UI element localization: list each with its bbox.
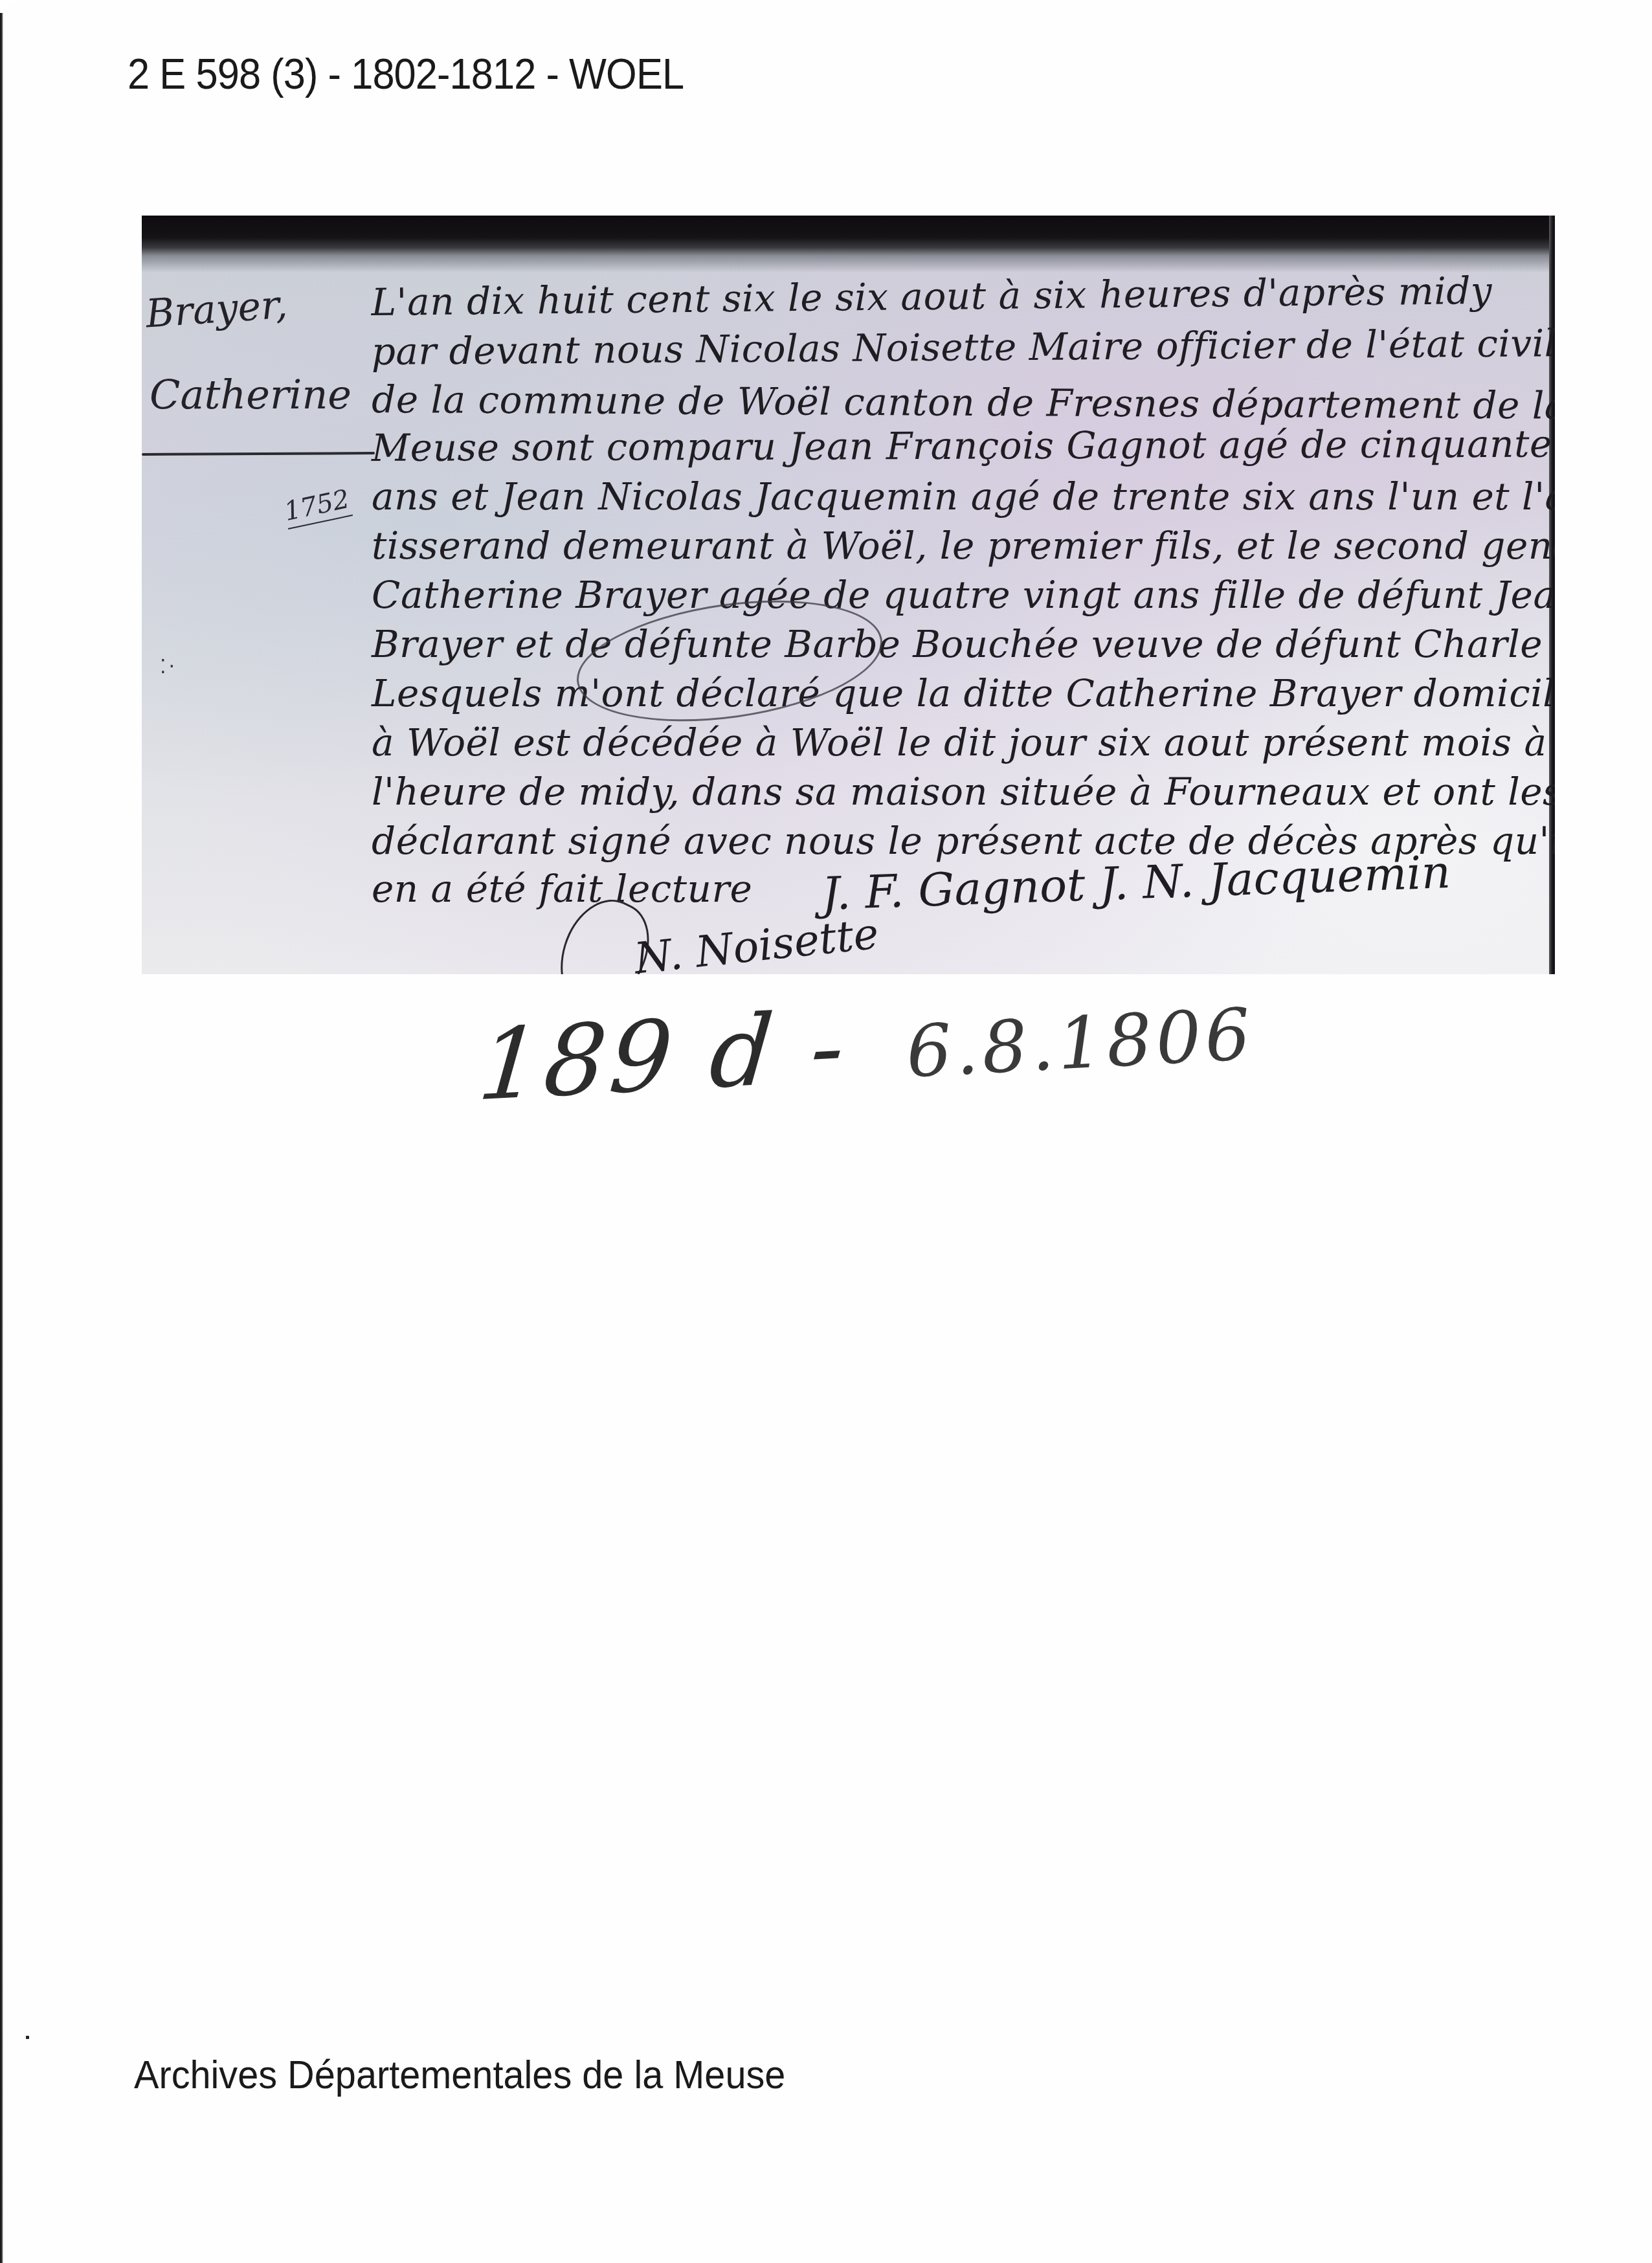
- mayor-signature: N. Noisette: [632, 908, 881, 974]
- scan-speck: [26, 2036, 29, 2039]
- margin-surname: Brayer,: [144, 282, 289, 337]
- record-line-11: l'heure de midy, dans sa maison située à…: [372, 770, 1555, 814]
- record-line-3: de la commune de Woël canton de Fresnes …: [372, 377, 1555, 428]
- photo-dark-top-band: [142, 216, 1555, 256]
- record-line-1: L'an dix huit cent six le six aout à six…: [371, 269, 1492, 324]
- scanned-page: 2 E 598 (3) - 1802-1812 - WOEL Brayer, C…: [0, 0, 1652, 2263]
- record-line-5: ans et Jean Nicolas Jacquemin agé de tre…: [372, 474, 1555, 518]
- scanner-edge: [0, 13, 3, 2263]
- archive-institution-footer: Archives Départementales de la Meuse: [134, 2052, 785, 2098]
- record-line-7: Catherine Brayer agée de quatre vingt an…: [372, 573, 1555, 617]
- record-line-10: à Woël est décédée à Woël le dit jour si…: [372, 720, 1546, 764]
- archive-reference-title: 2 E 598 (3) - 1802-1812 - WOEL: [128, 49, 684, 98]
- margin-divider-line: [142, 452, 375, 456]
- record-line-4: Meuse sont comparu Jean François Gagnot …: [372, 421, 1555, 470]
- record-line-2: par devant nous Nicolas Noisette Maire o…: [372, 321, 1555, 373]
- margin-given-name: Catherine: [150, 371, 352, 418]
- record-line-6: tisserand demeurant à Woël, le premier f…: [372, 524, 1555, 568]
- annotation-date: 6.8.1806: [904, 992, 1256, 1093]
- record-line-13: en a été fait lecture: [372, 867, 752, 911]
- handwritten-record-annotation: 189 d -6.8.1806: [476, 969, 1256, 1122]
- record-line-9: Lesquels m'ont déclaré que la ditte Cath…: [372, 671, 1555, 715]
- margin-record-number: 1752: [282, 484, 353, 530]
- record-line-8: Brayer et de défunte Barbe Bouchée veuve…: [372, 622, 1555, 666]
- annotation-record-ref: 189 d -: [474, 990, 853, 1123]
- manuscript-photo: Brayer, Catherine 1752 ⁚· L'an dix huit …: [142, 216, 1555, 974]
- margin-ink-specks: ⁚·: [160, 656, 177, 678]
